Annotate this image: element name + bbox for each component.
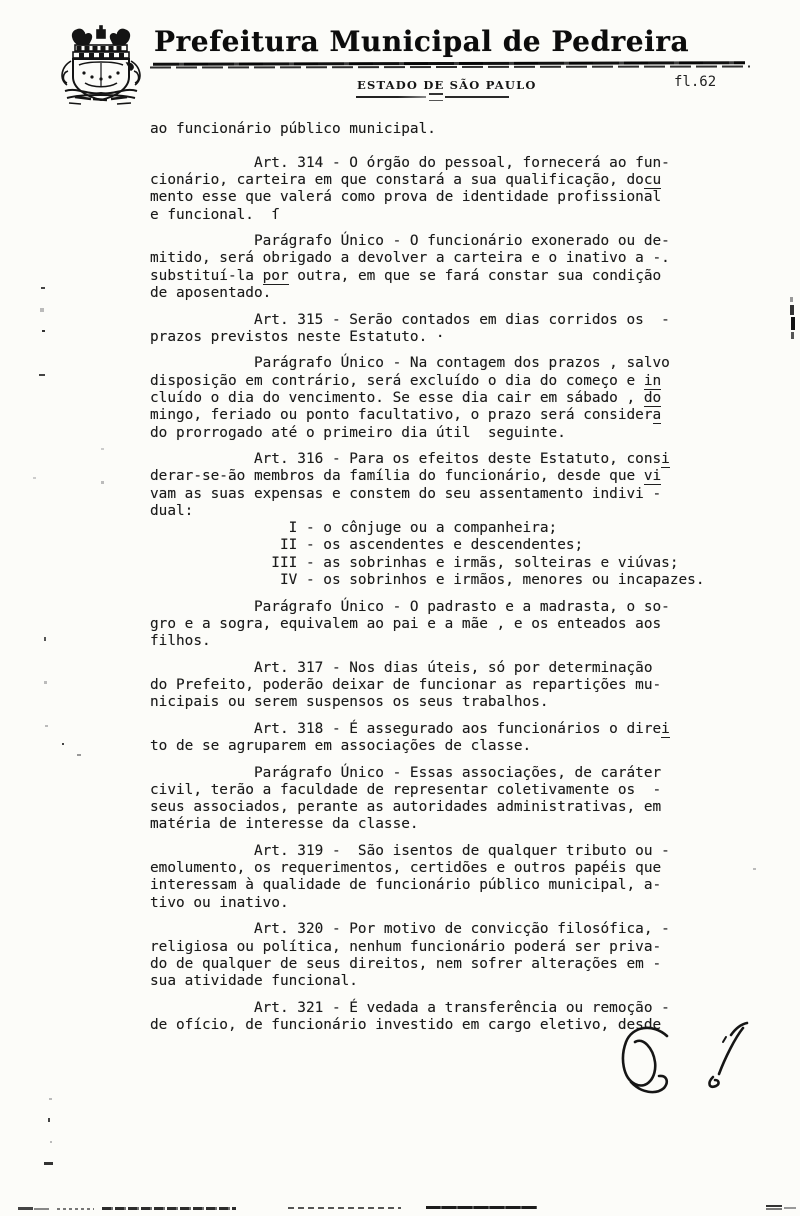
text-line: Art. 314 - O órgão do pessoal, fornecerá… [150,155,750,172]
text-line: disposição em contrário, será excluído o… [150,373,750,390]
text-line: nicipais ou serem suspensos os seus trab… [150,694,750,711]
scan-speck [101,481,104,484]
paragraph: Art. 319 - São isentos de qualquer tribu… [150,843,750,912]
scan-speck [33,477,36,479]
text-line: Parágrafo Único - O padrasto e a madrast… [150,599,750,616]
scan-edge-dash [790,305,794,315]
scan-artifact-line [426,1206,537,1209]
scan-speck [62,743,64,745]
scan-speck [753,868,756,870]
letterhead-rule-bottom [150,65,750,68]
text-line: Art. 318 - É assegurado aos funcionários… [150,721,750,738]
scan-speck [77,754,81,756]
text-line: do prorrogado até o primeiro dia útil se… [150,425,750,442]
subtitle-rule-equals [429,93,443,101]
paragraph: Art. 317 - Nos dias úteis, só por determ… [150,660,750,712]
scan-artifact-line [18,1207,33,1210]
scan-speck [44,1162,53,1165]
text-line: substituí-la por outra, em que se fará c… [150,268,750,285]
text-line: prazos previstos neste Estatuto. · [150,329,750,346]
scan-speck [39,374,45,376]
text-line: IV - os sobrinhos e irmãos, menores ou i… [150,572,750,589]
paragraph: ao funcionário público municipal. [150,121,750,138]
text-line: I - o cônjuge ou a companheira; [150,520,750,537]
text-line: sua atividade funcional. [150,973,750,990]
text-line: emolumento, os requerimentos, certidões … [150,860,750,877]
paragraph: Art. 318 - É assegurado aos funcionários… [150,721,750,756]
text-line: Parágrafo Único - O funcionário exonerad… [150,233,750,250]
scan-artifact-line [288,1207,401,1209]
text-line: mento esse que valerá como prova de iden… [150,189,750,206]
folio-number: fl.62 [674,74,716,90]
paragraph: Art. 315 - Serão contados em dias corrid… [150,312,750,347]
scan-speck [41,287,45,289]
text-line: do Prefeito, poderão deixar de funcionar… [150,677,750,694]
paragraph: Parágrafo Único - Na contagem dos prazos… [150,355,750,441]
text-line: interessam à qualidade de funcionário pú… [150,877,750,894]
paragraph: Art. 316 - Para os efeitos deste Estatut… [150,451,750,589]
paragraph: Parágrafo Único - O padrasto e a madrast… [150,599,750,651]
text-line: filhos. [150,633,750,650]
paragraph: Art. 320 - Por motivo de convicção filos… [150,921,750,990]
scan-speck [50,1141,52,1143]
text-line: Art. 316 - Para os efeitos deste Estatut… [150,451,750,468]
document-body: ao funcionário público municipal. Art. 3… [150,121,750,1034]
scan-speck [44,637,46,641]
text-line: seus associados, perante as autoridades … [150,799,750,816]
subtitle-rule-right [445,96,509,98]
scan-speck [45,725,48,727]
scan-speck [44,681,47,684]
scan-edge-dash [790,297,793,302]
text-line: mingo, feriado ou ponto facultativo, o p… [150,407,750,424]
paragraph: Parágrafo Único - O funcionário exonerad… [150,233,750,302]
subtitle-rule-left [356,96,426,98]
paragraph: Parágrafo Único - Essas associações, de … [150,765,750,834]
page-title: Prefeitura Municipal de Pedreira [154,25,689,58]
text-line: e funcional. ſ [150,207,750,224]
scan-speck [48,1118,50,1122]
text-line: Parágrafo Único - Na contagem dos prazos… [150,355,750,372]
text-line: do de qualquer de seus direitos, nem sof… [150,956,750,973]
text-line: Art. 320 - Por motivo de convicção filos… [150,921,750,938]
letterhead-subtitle: ESTADO DE SÃO PAULO [357,78,537,92]
text-line: Parágrafo Único - Essas associações, de … [150,765,750,782]
text-line: tivo ou inativo. [150,895,750,912]
text-line: derar-se-ão membros da família do funcio… [150,468,750,485]
text-line: Art. 315 - Serão contados em dias corrid… [150,312,750,329]
scan-edge-dash [791,317,795,330]
text-line: Art. 317 - Nos dias úteis, só por determ… [150,660,750,677]
paragraph: Art. 314 - O órgão do pessoal, fornecerá… [150,155,750,224]
text-line: to de se agruparem em associações de cla… [150,738,750,755]
scan-speck [40,308,44,312]
scan-edge-dash [791,332,794,339]
scan-artifact-line [766,1205,782,1207]
text-line: mitido, será obrigado a devolver a carte… [150,250,750,267]
text-line: II - os ascendentes e descendentes; [150,537,750,554]
scan-artifact-line [57,1208,94,1210]
handwritten-signature [595,1020,760,1102]
scan-speck [101,448,104,450]
text-line: cionário, carteira em que constará a sua… [150,172,750,189]
scan-artifact-line [784,1207,796,1209]
scan-artifact-line [102,1207,236,1210]
scan-artifact-line [34,1208,49,1210]
text-line: ao funcionário público municipal. [150,121,750,138]
text-line: gro e a sogra, equivalem ao pai e a mãe … [150,616,750,633]
text-line: Art. 321 - É vedada a transferência ou r… [150,1000,750,1017]
scan-speck [42,330,45,332]
coat-of-arms-icon [57,25,145,107]
text-line: III - as sobrinhas e irmãs, solteiras e … [150,555,750,572]
text-line: de aposentado. [150,285,750,302]
text-line: vam as suas expensas e constem do seu as… [150,486,750,503]
text-line: matéria de interesse da classe. [150,816,750,833]
scanned-page: Prefeitura Municipal de Pedreira ESTADO … [0,0,800,1216]
text-line: Art. 319 - São isentos de qualquer tribu… [150,843,750,860]
scan-speck [49,1098,52,1100]
text-line: dual: [150,503,750,520]
text-line: civil, terão a faculdade de representar … [150,782,750,799]
text-line: religiosa ou política, nenhum funcionári… [150,939,750,956]
text-line: cluído o dia do vencimento. Se esse dia … [150,390,750,407]
